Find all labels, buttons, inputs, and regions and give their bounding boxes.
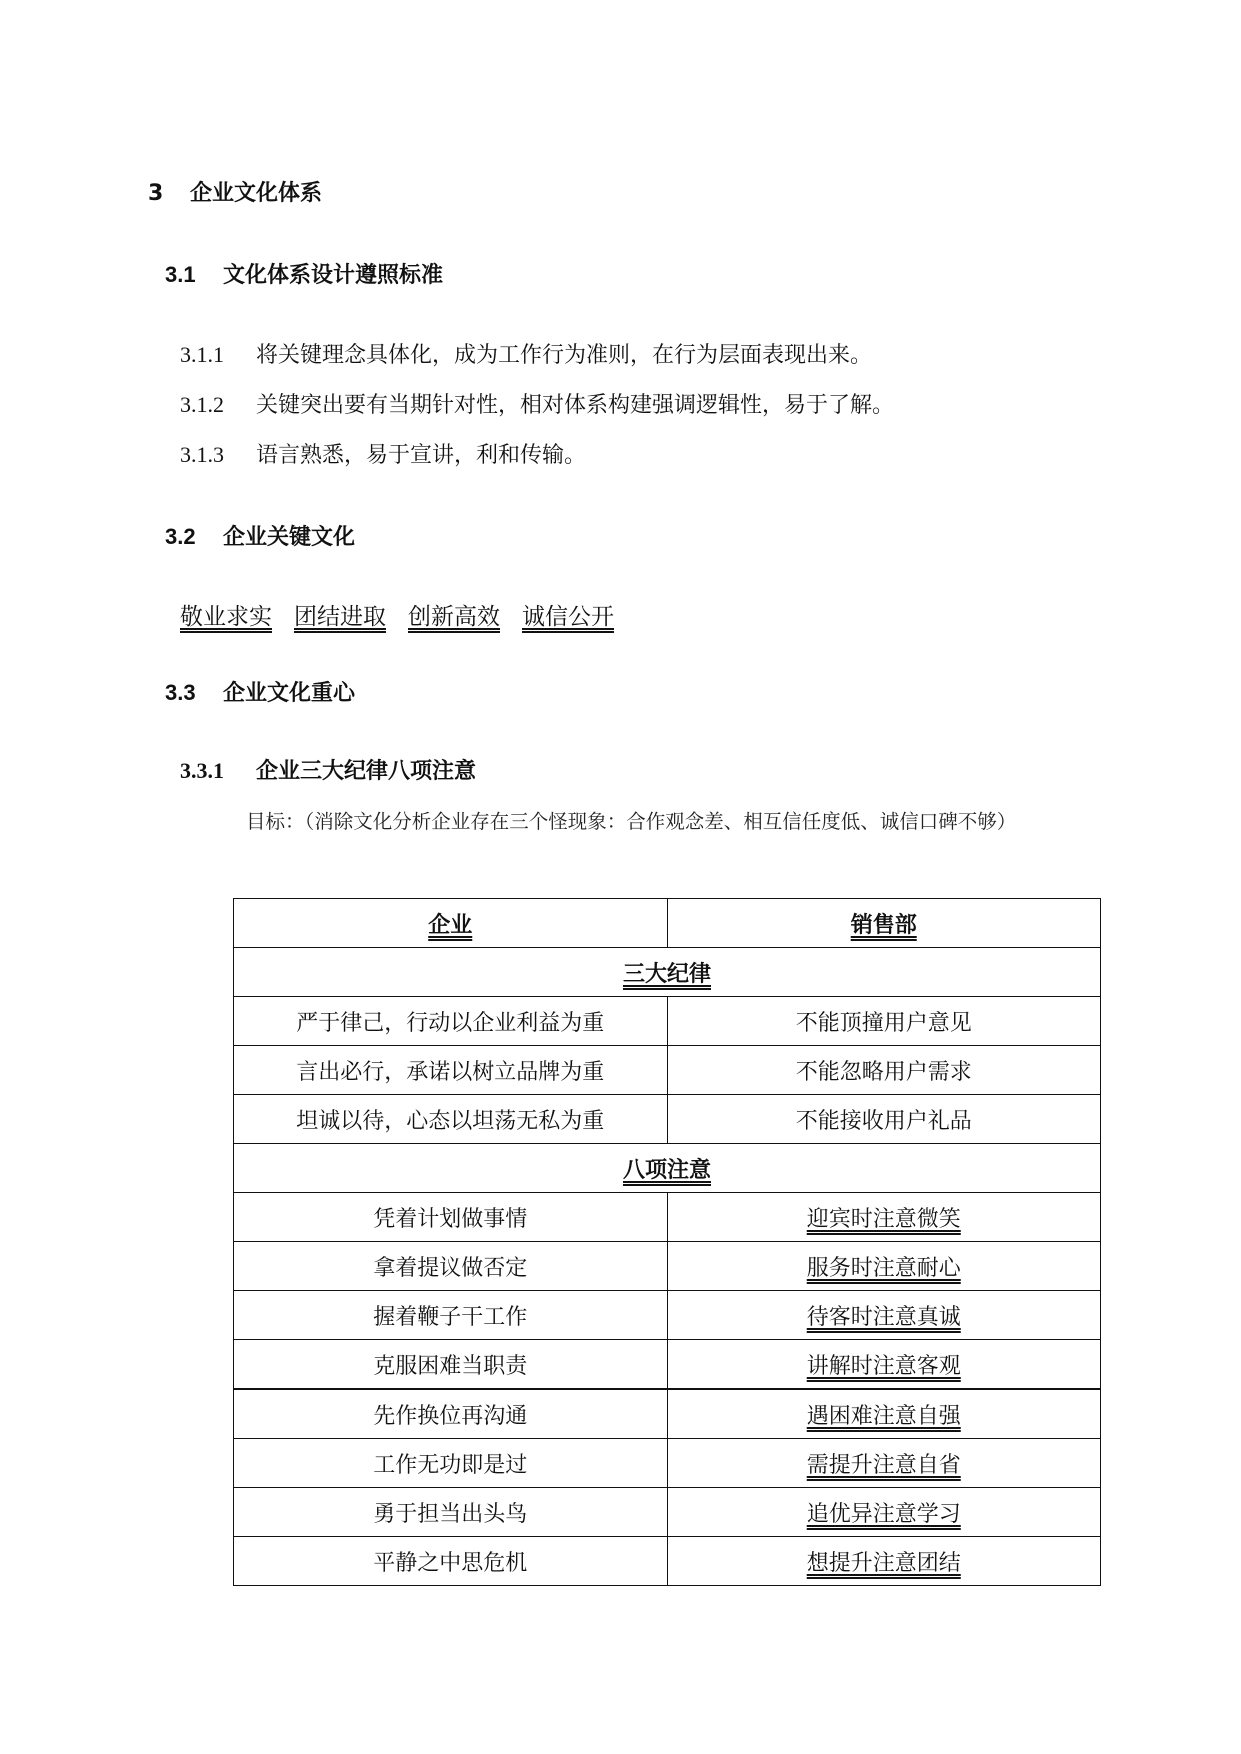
table-row: 拿着提议做否定 服务时注意耐心 <box>234 1242 1101 1291</box>
table-row: 勇于担当出头鸟 追优异注意学习 <box>234 1488 1101 1537</box>
table-cell: 不能忽略用户需求 <box>667 1046 1101 1095</box>
subsection-title: 企业关键文化 <box>223 525 355 550</box>
table-row: 言出必行，承诺以树立品牌为重 不能忽略用户需求 <box>234 1046 1101 1095</box>
table-row: 工作无功即是过 需提升注意自省 <box>234 1439 1101 1488</box>
group-label: 三大纪律 <box>623 961 711 987</box>
table-row: 凭着计划做事情 迎宾时注意微笑 <box>234 1193 1101 1242</box>
group-label: 八项注意 <box>623 1157 711 1183</box>
subsection-number: 3.1 <box>165 262 223 288</box>
table-row: 严于律己，行动以企业利益为重 不能顶撞用户意见 <box>234 997 1101 1046</box>
cell-text: 待客时注意真诚 <box>807 1305 961 1330</box>
table-cell: 迎宾时注意微笑 <box>667 1193 1101 1242</box>
subsection-number: 3.3 <box>165 680 223 706</box>
table-header-row: 企业 销售部 <box>234 899 1101 948</box>
list-item: 3.1.2关键突出要有当期针对性，相对体系构建强调逻辑性，易于了解。 <box>180 388 894 419</box>
table-cell: 严于律己，行动以企业利益为重 <box>234 997 668 1046</box>
cell-text: 需提升注意自省 <box>807 1453 961 1478</box>
item-text: 将关键理念具体化，成为工作行为准则，在行为层面表现出来。 <box>256 343 872 368</box>
table-row: 克服困难当职责 讲解时注意客观 <box>234 1340 1101 1390</box>
table-cell: 凭着计划做事情 <box>234 1193 668 1242</box>
group-row: 八项注意 <box>234 1144 1101 1193</box>
section-title: 企业文化体系 <box>190 181 322 206</box>
table-cell: 工作无功即是过 <box>234 1439 668 1488</box>
cell-text: 追优异注意学习 <box>807 1502 961 1527</box>
table-row: 先作换位再沟通 遇困难注意自强 <box>234 1389 1101 1439</box>
table-cell: 待客时注意真诚 <box>667 1291 1101 1340</box>
group-cell: 八项注意 <box>234 1144 1101 1193</box>
core-value: 团结进取 <box>294 604 386 630</box>
core-value: 诚信公开 <box>522 604 614 630</box>
item-number: 3.1.1 <box>180 342 256 368</box>
header-cell-sales: 销售部 <box>667 899 1101 948</box>
subsection-number: 3.2 <box>165 524 223 550</box>
subsubsection-number: 3.3.1 <box>180 758 256 784</box>
section-number: 3 <box>148 181 190 206</box>
table-cell: 不能接收用户礼品 <box>667 1095 1101 1144</box>
item-number: 3.1.3 <box>180 442 256 468</box>
table-cell: 克服困难当职责 <box>234 1340 668 1390</box>
cell-text: 服务时注意耐心 <box>807 1256 961 1281</box>
header-label: 销售部 <box>851 912 917 938</box>
item-number: 3.1.2 <box>180 392 256 418</box>
subsubsection-heading-3-3-1: 3.3.1企业三大纪律八项注意 <box>180 754 476 785</box>
table-cell: 不能顶撞用户意见 <box>667 997 1101 1046</box>
subsection-title: 企业文化重心 <box>223 681 355 706</box>
header-label: 企业 <box>428 912 472 938</box>
group-row: 三大纪律 <box>234 948 1101 997</box>
core-values: 敬业求实团结进取创新高效诚信公开 <box>180 598 636 631</box>
item-text: 关键突出要有当期针对性，相对体系构建强调逻辑性，易于了解。 <box>256 393 894 418</box>
core-value: 创新高效 <box>408 604 500 630</box>
table-row: 握着鞭子干工作 待客时注意真诚 <box>234 1291 1101 1340</box>
list-item: 3.1.1将关键理念具体化，成为工作行为准则，在行为层面表现出来。 <box>180 338 872 369</box>
table-cell: 坦诚以待，心态以坦荡无私为重 <box>234 1095 668 1144</box>
header-cell-company: 企业 <box>234 899 668 948</box>
subsection-heading-3-3: 3.3企业文化重心 <box>165 676 355 707</box>
subsection-title: 文化体系设计遵照标准 <box>223 263 443 288</box>
table-cell: 拿着提议做否定 <box>234 1242 668 1291</box>
table-row: 平静之中思危机 想提升注意团结 <box>234 1537 1101 1586</box>
subsection-heading-3-1: 3.1文化体系设计遵照标准 <box>165 258 443 289</box>
table-cell: 追优异注意学习 <box>667 1488 1101 1537</box>
table-cell: 平静之中思危机 <box>234 1537 668 1586</box>
table-cell: 需提升注意自省 <box>667 1439 1101 1488</box>
core-value: 敬业求实 <box>180 604 272 630</box>
table-cell: 先作换位再沟通 <box>234 1389 668 1439</box>
subsubsection-title: 企业三大纪律八项注意 <box>256 758 476 784</box>
group-cell: 三大纪律 <box>234 948 1101 997</box>
goal-text: 目标：（消除文化分析企业存在三个怪现象：合作观念差、相互信任度低、诚信口碑不够） <box>246 806 1016 834</box>
discipline-table: 企业 销售部 三大纪律 严于律己，行动以企业利益为重 不能顶撞用户意见 言出必行… <box>233 898 1101 1586</box>
table-cell: 想提升注意团结 <box>667 1537 1101 1586</box>
table-cell: 遇困难注意自强 <box>667 1389 1101 1439</box>
cell-text: 遇困难注意自强 <box>807 1404 961 1429</box>
table-cell: 讲解时注意客观 <box>667 1340 1101 1390</box>
cell-text: 想提升注意团结 <box>807 1551 961 1576</box>
subsection-heading-3-2: 3.2企业关键文化 <box>165 520 355 551</box>
table-row: 坦诚以待，心态以坦荡无私为重 不能接收用户礼品 <box>234 1095 1101 1144</box>
cell-text: 迎宾时注意微笑 <box>807 1207 961 1232</box>
cell-text: 讲解时注意客观 <box>807 1354 961 1379</box>
list-item: 3.1.3语言熟悉，易于宣讲，利和传输。 <box>180 438 586 469</box>
table-cell: 言出必行，承诺以树立品牌为重 <box>234 1046 668 1095</box>
table-cell: 握着鞭子干工作 <box>234 1291 668 1340</box>
table-cell: 服务时注意耐心 <box>667 1242 1101 1291</box>
item-text: 语言熟悉，易于宣讲，利和传输。 <box>256 443 586 468</box>
section-heading: 3企业文化体系 <box>148 176 322 207</box>
table-cell: 勇于担当出头鸟 <box>234 1488 668 1537</box>
